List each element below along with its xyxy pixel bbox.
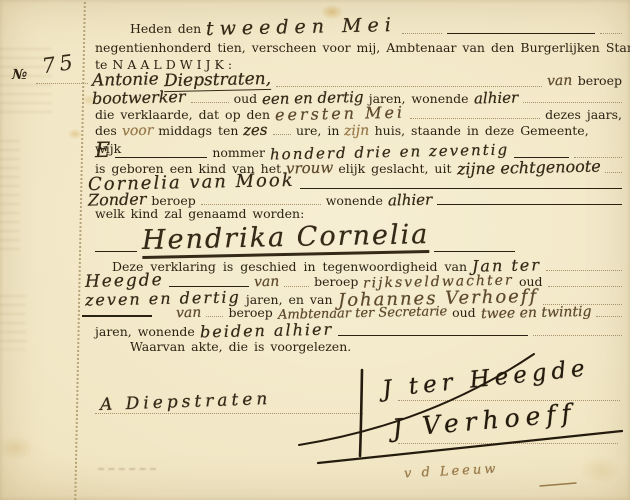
- dotted-leader: [596, 316, 622, 317]
- printed-naming-clause: welk kind zal genaamd worden:: [95, 206, 304, 221]
- printed-des: des: [95, 123, 117, 138]
- dotted-leader: [402, 33, 442, 34]
- printed-huis-gemeente: huis, staande in deze Gemeente,: [375, 123, 589, 138]
- dotted-leader: [600, 33, 622, 34]
- act-number-dotted-line: [36, 83, 88, 84]
- printed-beroep-w2: beroep: [228, 305, 272, 320]
- line-date-opening: Heden dentweeden Mei: [130, 16, 622, 38]
- printed-die-verklaarde: die verklaarde, dat op den: [95, 107, 270, 122]
- ink-rule: [447, 33, 595, 34]
- printed-dezes-jaars: dezes jaars,: [545, 107, 622, 122]
- line-year-registrar: negentienhonderd tien, verscheen voor mi…: [95, 40, 622, 55]
- line-witness2: vanberoepAmbtenaar ter Secretarieoudtwee…: [82, 305, 622, 321]
- act-number-value: 75: [40, 50, 78, 79]
- dotted-leader: [523, 102, 622, 103]
- line-birth-time: desvoormiddags tenzesure, inzijnhuis, st…: [95, 121, 622, 139]
- handwritten-van: van: [547, 73, 573, 90]
- line-child-name: Hendrika Cornelia: [95, 222, 515, 256]
- dotted-leader: [548, 286, 622, 287]
- birth-hour: zes: [243, 121, 268, 140]
- witness2-age: twee en twintig: [480, 304, 591, 322]
- printed-heden-den: Heden den: [130, 21, 201, 36]
- dotted-leader: [206, 316, 223, 317]
- ink-rule: [434, 251, 515, 252]
- printed-middags-ten: middags ten: [158, 123, 238, 138]
- child-name: Hendrika Cornelia: [142, 219, 430, 259]
- dotted-leader: [273, 134, 291, 135]
- signature-line-declarant: [95, 413, 363, 414]
- dotted-leader: [276, 86, 543, 87]
- signature-declarant: A Diepstraten: [100, 389, 272, 415]
- signature-witness1: J ter Heegde: [381, 355, 591, 403]
- signature-registrar-paraph: v d Leeuw: [404, 462, 499, 482]
- ink-rule: [82, 315, 152, 317]
- dotted-leader: [533, 335, 622, 336]
- line-witnesses-residence: jaren, wonendebeiden alhier: [95, 321, 622, 340]
- ink-rule: [437, 204, 622, 205]
- signature-witness2: J Verhoeff: [391, 398, 578, 443]
- ink-rule: [338, 335, 528, 336]
- birth-certificate-scan: № 75 wijk Heden dentweeden Meinegentienh…: [0, 0, 630, 500]
- printed-oud-w2: oud: [452, 305, 476, 320]
- printed-beroep-w1: beroep: [314, 274, 358, 289]
- handwritten-van-3: van: [176, 305, 202, 322]
- dotted-leader: [410, 118, 540, 119]
- printed-jaren-wonende-2: jaren, wonende: [95, 324, 195, 339]
- ink-rule: [95, 251, 137, 252]
- ink-rule: [300, 188, 622, 189]
- act-date-handwritten: tweeden Mei: [206, 14, 397, 40]
- bleedthrough-ghost: [0, 295, 26, 350]
- printed-ure-in: ure, in: [296, 123, 339, 138]
- printed-beroep: beroep: [578, 73, 622, 88]
- dotted-leader: [284, 286, 309, 287]
- closing-phrase: Waarvan akte, die is voorgelezen.: [130, 339, 351, 354]
- dotted-leader: [201, 204, 321, 205]
- line-closing: Waarvan akte, die is voorgelezen.: [130, 339, 622, 354]
- signature-line-witness1: [398, 400, 620, 401]
- paraph-tail-stroke: [540, 483, 576, 486]
- act-number-block: № 75: [12, 64, 90, 94]
- act-number-label: №: [12, 67, 27, 83]
- signature-line-witness2: [398, 443, 618, 444]
- am-pm-handwritten: voor: [122, 123, 154, 140]
- line-naming-clause: welk kind zal genaamd worden:: [95, 206, 622, 221]
- bleedthrough-ghost: [0, 140, 20, 255]
- pencil-smudge: [98, 468, 156, 470]
- dotted-leader: [191, 102, 229, 103]
- printed-year-registrar: negentienhonderd tien, verscheen voor mi…: [95, 40, 630, 55]
- whose-house-handwritten: zijn: [344, 123, 370, 140]
